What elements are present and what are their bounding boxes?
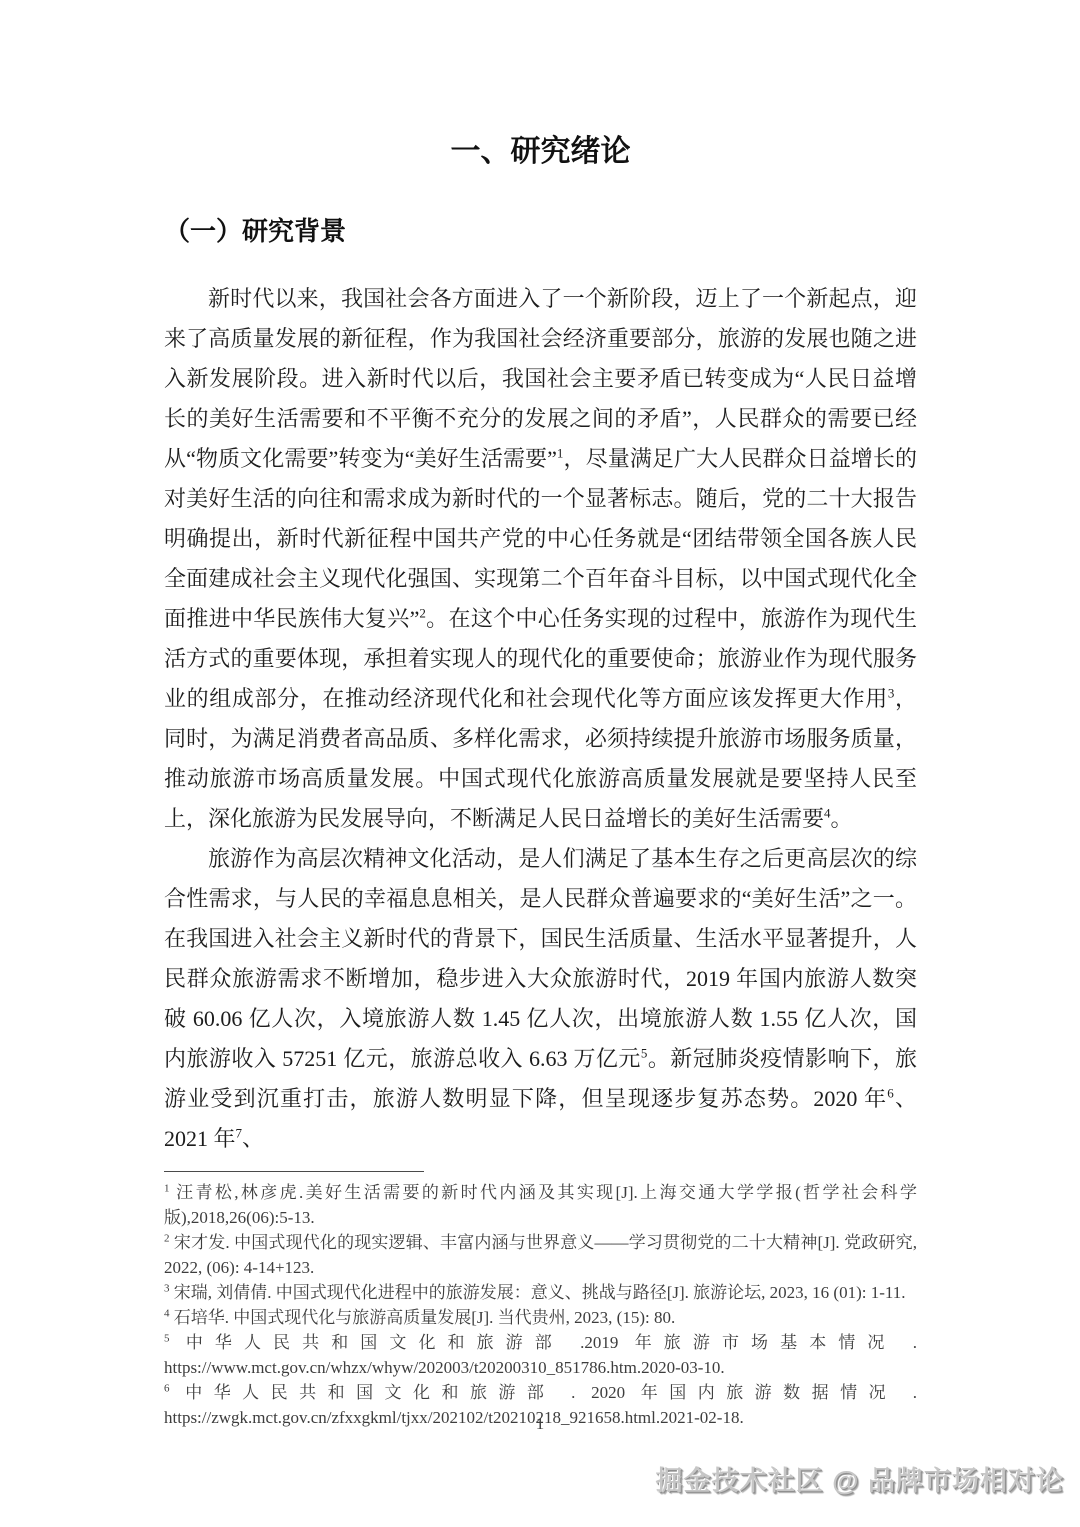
document-page: 一、研究绪论 （一）研究背景 新时代以来，我国社会各方面进入了一个新阶段，迈上了… xyxy=(0,0,1080,1527)
footnote-text-line: 6 中华人民共和国文化和旅游部 . 2020 年国内旅游数据情况 . xyxy=(164,1380,917,1405)
paragraph-text-segment: 、 xyxy=(242,1126,264,1151)
footnote-item-3: 3 宋瑞, 刘倩倩. 中国式现代化进程中的旅游发展：意义、挑战与路径[J]. 旅… xyxy=(164,1280,917,1305)
footnote-url: https://www.mct.gov.cn/whzx/whyw/202003/… xyxy=(164,1355,917,1380)
footnote-text: 宋瑞, 刘倩倩. 中国式现代化进程中的旅游发展：意义、挑战与路径[J]. 旅游论… xyxy=(174,1283,906,1302)
watermark: 掘金技术社区 @ 品牌市场相对论 xyxy=(656,1459,1064,1498)
footnote-item-4: 4 石培华. 中国式现代化与旅游高质量发展[J]. 当代贵州, 2023, (1… xyxy=(164,1305,917,1330)
paragraph-text-segment: 旅游作为高层次精神文化活动，是人们满足了基本生存之后更高层次的综合性需求，与人民… xyxy=(164,846,917,1071)
footnote-text: 中华人民共和国文化和旅游部 .2019 年旅游市场基本情况 . xyxy=(186,1333,917,1352)
footnote-marker: 1 xyxy=(164,1182,170,1194)
paragraph-text-segment: 。 xyxy=(831,806,853,831)
footnote-text: 石培华. 中国式现代化与旅游高质量发展[J]. 当代贵州, 2023, (15)… xyxy=(174,1308,675,1327)
footnote-marker: 4 xyxy=(164,1307,170,1319)
footnote-item-5: 5 中华人民共和国文化和旅游部 .2019 年旅游市场基本情况 . https:… xyxy=(164,1330,917,1380)
section-heading: （一）研究背景 xyxy=(164,213,917,249)
body-paragraph-2: 旅游作为高层次精神文化活动，是人们满足了基本生存之后更高层次的综合性需求，与人民… xyxy=(164,839,917,1159)
footnote-text: 宋才发. 中国式现代化的现实逻辑、丰富内涵与世界意义——学习贯彻党的二十大精神[… xyxy=(164,1233,917,1277)
footnote-marker: 6 xyxy=(164,1382,170,1394)
paragraph-text-segment: ，尽量满足广大人民群众日益增长的对美好生活的向往和需求成为新时代的一个显著标志。… xyxy=(164,446,917,631)
page-content-column: 一、研究绪论 （一）研究背景 新时代以来，我国社会各方面进入了一个新阶段，迈上了… xyxy=(164,0,917,1430)
page-number: 1 xyxy=(0,1414,1080,1434)
footnote-text: 汪青松,林彦虎.美好生活需要的新时代内涵及其实现[J].上海交通大学学报(哲学社… xyxy=(164,1183,917,1227)
footnote-marker: 5 xyxy=(164,1332,170,1344)
footnote-item-2: 2 宋才发. 中国式现代化的现实逻辑、丰富内涵与世界意义——学习贯彻党的二十大精… xyxy=(164,1230,917,1280)
footnote-marker: 2 xyxy=(164,1232,170,1244)
footnote-text: 中华人民共和国文化和旅游部 . 2020 年国内旅游数据情况 . xyxy=(185,1383,917,1402)
body-paragraph-1: 新时代以来，我国社会各方面进入了一个新阶段，迈上了一个新起点，迎来了高质量发展的… xyxy=(164,279,917,839)
footnote-item-1: 1 汪青松,林彦虎.美好生活需要的新时代内涵及其实现[J].上海交通大学学报(哲… xyxy=(164,1180,917,1230)
paragraph-text-segment: 新时代以来，我国社会各方面进入了一个新阶段，迈上了一个新起点，迎来了高质量发展的… xyxy=(164,286,917,471)
page-title: 一、研究绪论 xyxy=(164,0,917,169)
footnote-text-line: 5 中华人民共和国文化和旅游部 .2019 年旅游市场基本情况 . xyxy=(164,1330,917,1355)
footnotes-section: 1 汪青松,林彦虎.美好生活需要的新时代内涵及其实现[J].上海交通大学学报(哲… xyxy=(164,1180,917,1430)
footnote-marker: 3 xyxy=(164,1282,170,1294)
footnote-separator xyxy=(164,1171,424,1172)
